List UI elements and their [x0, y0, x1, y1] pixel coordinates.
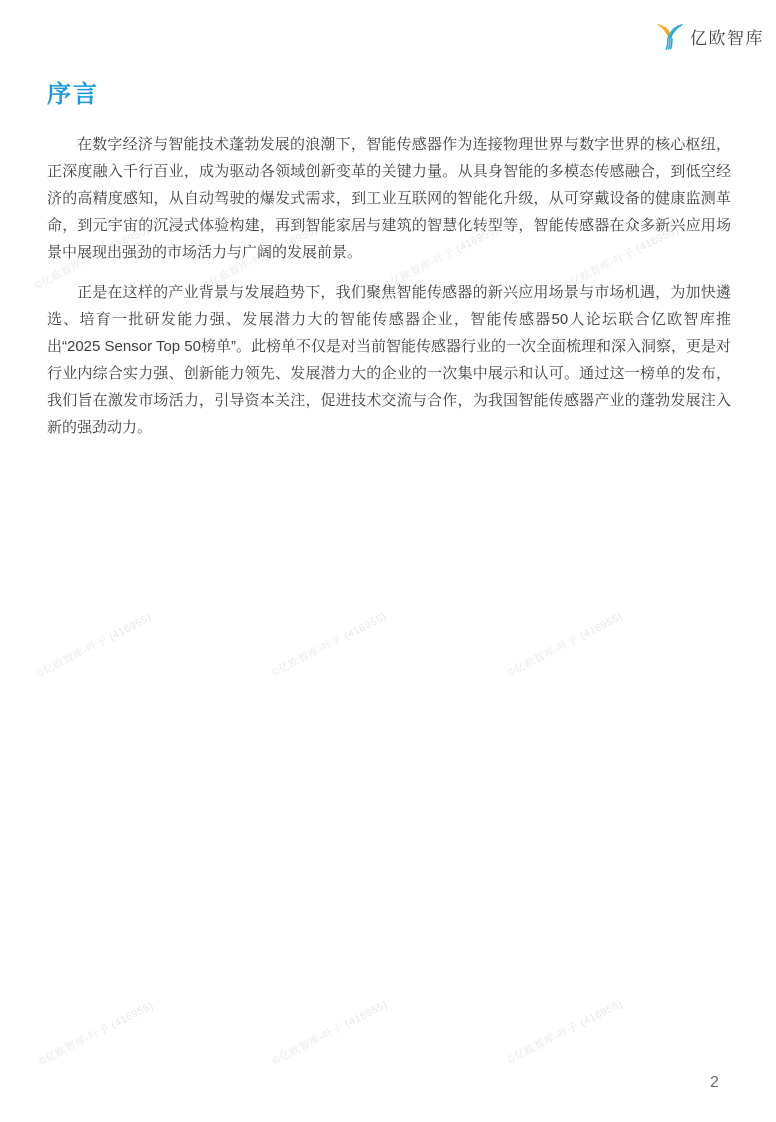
watermark: ©亿欧智库-叶子 (416955) — [505, 609, 626, 680]
page-title: 序言 — [47, 81, 731, 109]
document-page: ©亿欧智库-叶子 (416955) ©亿欧智库-叶子 (416955) ©亿欧智… — [0, 0, 776, 1122]
page-number: 2 — [710, 1074, 719, 1092]
watermark: ©亿欧智库-叶子 (416955) — [36, 998, 157, 1069]
brand-logo-text: 亿欧智库 — [690, 24, 764, 49]
watermark: ©亿欧智库-叶子 (416955) — [270, 997, 391, 1068]
preface-paragraph-2: 正是在这样的产业背景与发展趋势下，我们聚焦智能传感器的新兴应用场景与市场机遇，为… — [47, 279, 731, 441]
watermark: ©亿欧智库-叶子 (416955) — [34, 610, 155, 681]
watermark: ©亿欧智库-叶子 (416955) — [269, 609, 390, 680]
yiou-y-logo-icon — [656, 21, 684, 52]
preface-paragraph-1: 在数字经济与智能技术蓬勃发展的浪潮下，智能传感器作为连接物理世界与数字世界的核心… — [47, 131, 731, 266]
brand-logo: 亿欧智库 — [656, 21, 764, 52]
preface-section: 序言 在数字经济与智能技术蓬勃发展的浪潮下，智能传感器作为连接物理世界与数字世界… — [47, 81, 731, 454]
watermark: ©亿欧智库-叶子 (416955) — [505, 996, 626, 1067]
